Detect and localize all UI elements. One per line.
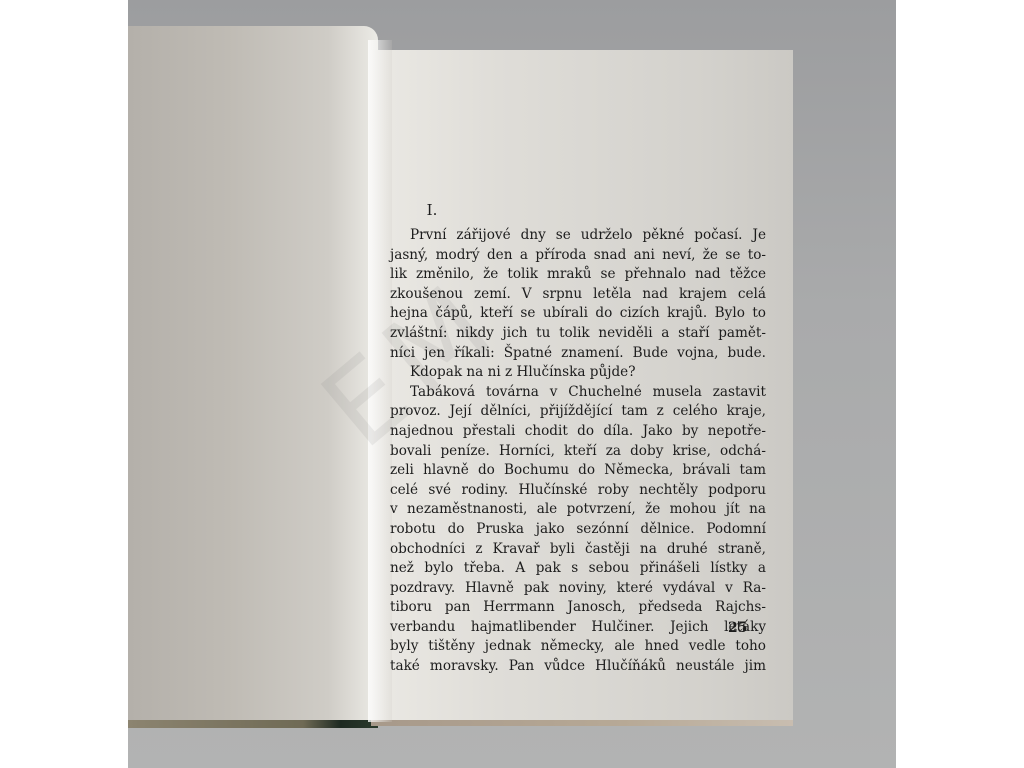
text-line: lik změnilo, že tolik mraků se přehnalo … [390,265,766,285]
text-line: byly tištěny jednak německy, ale hned ve… [390,637,766,657]
text-line: celé své rodiny. Hlučínské roby nechtěly… [390,481,766,501]
body-text: První zářijové dny se udrželo pěkné poča… [390,226,766,677]
page-block-edge [371,720,793,726]
page-number: 25 [728,620,747,636]
text-line: tiboru pan Herrmann Janosch, předseda Ra… [390,598,766,618]
text-line: níci jen říkali: Špatné znamení. Bude vo… [390,344,766,364]
text-line: než bylo třeba. A pak s sebou přinášeli … [390,559,766,579]
text-line: provoz. Její dělníci, přijíždějící tam z… [390,402,766,422]
text-line: pozdravy. Hlavně pak noviny, které vydáv… [390,579,766,599]
book-spine [368,40,392,722]
text-line: verbandu hajmatlibender Hulčiner. Jejich… [390,618,766,638]
text-line: zkoušenou zemí. V srpnu letěla nad kraje… [390,285,766,305]
text-line: v nezaměstnanosti, ale potvrzení, že moh… [390,500,766,520]
text-line: zeli hlavně do Bochumu do Německa, bráva… [390,461,766,481]
book-photo: EM I. První zářijové dny se udrželo pěkn… [128,0,896,768]
text-line: zvláštní: nikdy jich tu tolik neviděli a… [390,324,766,344]
text-line: také moravsky. Pan vůdce Hlučíňáků neust… [390,657,766,677]
text-line: obchodníci z Kravař byli častěji na druh… [390,540,766,560]
text-line: První zářijové dny se udrželo pěkné poča… [390,226,766,246]
left-page-blank [128,26,378,721]
text-line: jasný, modrý den a příroda snad ani neví… [390,246,766,266]
book-cover-edge [128,720,378,728]
text-line: najednou přestali chodit do díla. Jako b… [390,422,766,442]
text-line: bovali peníze. Horníci, kteří za doby kr… [390,442,766,462]
text-line: Kdopak na ni z Hlučínska půjde? [390,363,766,383]
text-line: robotu do Pruska jako sezónní dělnice. P… [390,520,766,540]
text-line: Tabáková továrna v Chuchelné musela zast… [390,383,766,403]
text-line: hejna čápů, kteří se ubírali do cizích k… [390,304,766,324]
chapter-heading: I. [382,201,482,219]
